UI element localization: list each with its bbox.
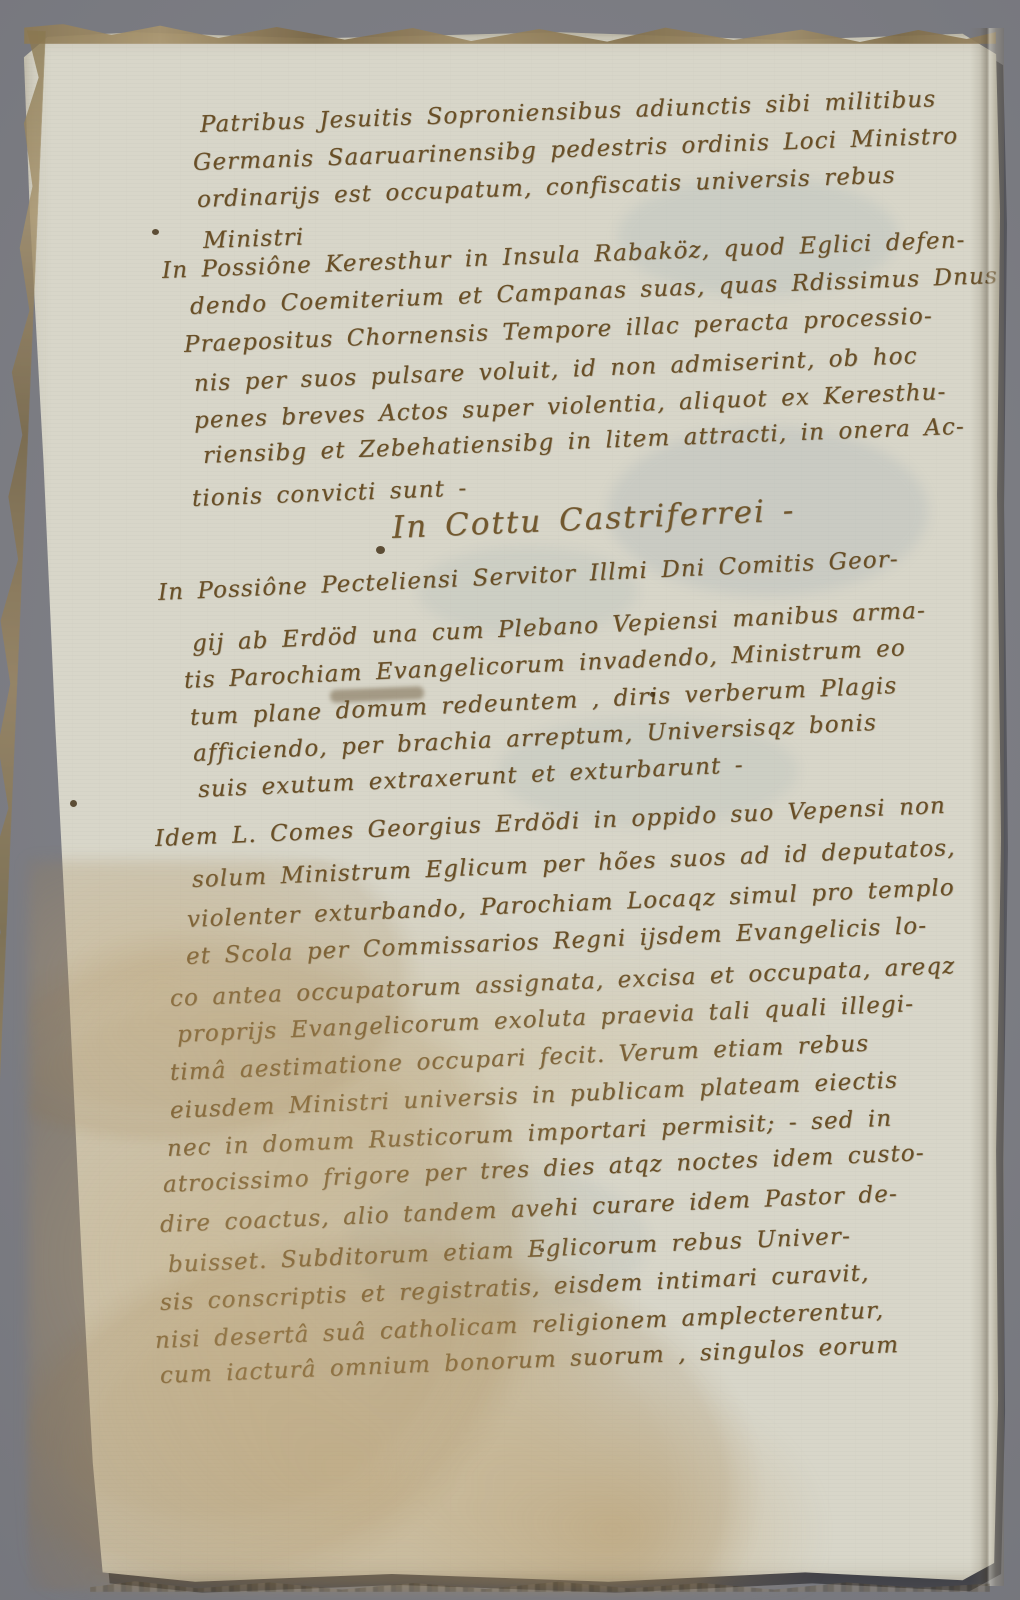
water-stain-rim: [28, 860, 848, 1590]
ink-blot: [376, 546, 385, 554]
ink-blot: [152, 229, 159, 235]
paragraph-keresthur-line-7: tionis convicti sunt -: [192, 475, 468, 512]
ink-blot: [70, 800, 77, 807]
paragraph-pectel-line-1: In Possiône Pecteliensi Servitor Illmi D…: [157, 546, 899, 606]
paragraph-sopron-line-4: Ministri: [203, 224, 305, 254]
ink-blot: [650, 692, 655, 697]
manuscript-scan: { "document": { "kind": "17th-century ha…: [0, 0, 1020, 1600]
page-fold-right-edge: [970, 28, 1004, 1586]
